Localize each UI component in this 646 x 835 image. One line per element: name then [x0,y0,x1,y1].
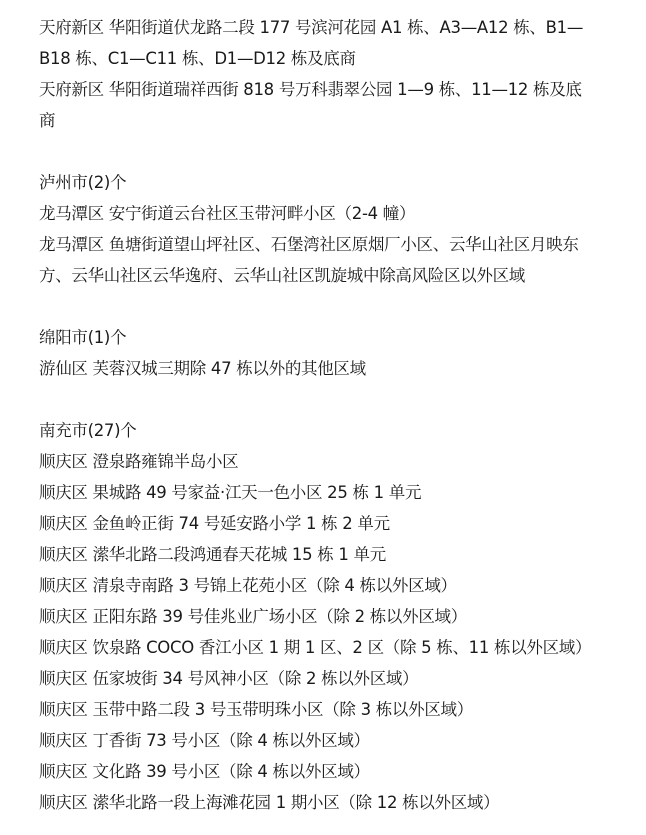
address-line: 顺庆区 潆华北路一段上海滩花园 1 期小区（除 12 栋以外区域） [39,787,639,818]
city-header-luzhou: 泸州市(2)个 [39,167,639,198]
blank-line [39,136,639,167]
address-line: 顺庆区 正阳东路 39 号佳兆业广场小区（除 2 栋以外区域） [39,601,639,632]
address-line: 顺庆区 潆华北路二段鸿通春天花城 15 栋 1 单元 [39,539,639,570]
city-header-mianyang: 绵阳市(1)个 [39,322,639,353]
address-line: 商 [39,105,639,136]
address-line: 龙马潭区 鱼塘街道望山坪社区、石堡湾社区原烟厂小区、云华山社区月映东 [39,229,639,260]
address-line: 顺庆区 清泉寺南路 3 号锦上花苑小区（除 4 栋以外区域） [39,570,639,601]
address-line: 天府新区 华阳街道伏龙路二段 177 号滨河花园 A1 栋、A3—A12 栋、B… [39,12,639,43]
address-line: 游仙区 芙蓉汉城三期除 47 栋以外的其他区域 [39,353,639,384]
city-header-nanchong: 南充市(27)个 [39,415,639,446]
address-line: 顺庆区 伍家坡街 34 号风神小区（除 2 栋以外区域） [39,663,639,694]
address-line: 天府新区 华阳街道瑞祥西街 818 号万科翡翠公园 1—9 栋、11—12 栋及… [39,74,639,105]
address-line: B18 栋、C1—C11 栋、D1—D12 栋及底商 [39,43,639,74]
blank-line [39,384,639,415]
address-line: 顺庆区 饮泉路 COCO 香江小区 1 期 1 区、2 区（除 5 栋、11 栋… [39,632,639,663]
blank-line [39,291,639,322]
address-line: 方、云华山社区云华逸府、云华山社区凯旋城中除高风险区以外区域 [39,260,639,291]
address-line: 顺庆区 澄泉路雍锦半岛小区 [39,446,639,477]
address-line: 龙马潭区 安宁街道云台社区玉带河畔小区（2-4 幢） [39,198,639,229]
address-line: 顺庆区 金鱼岭正街 74 号延安路小学 1 栋 2 单元 [39,508,639,539]
document-body: 天府新区 华阳街道伏龙路二段 177 号滨河花园 A1 栋、A3—A12 栋、B… [39,12,639,818]
address-line: 顺庆区 玉带中路二段 3 号玉带明珠小区（除 3 栋以外区域） [39,694,639,725]
address-line: 顺庆区 文化路 39 号小区（除 4 栋以外区域） [39,756,639,787]
address-line: 顺庆区 丁香街 73 号小区（除 4 栋以外区域） [39,725,639,756]
address-line: 顺庆区 果城路 49 号家益·江天一色小区 25 栋 1 单元 [39,477,639,508]
